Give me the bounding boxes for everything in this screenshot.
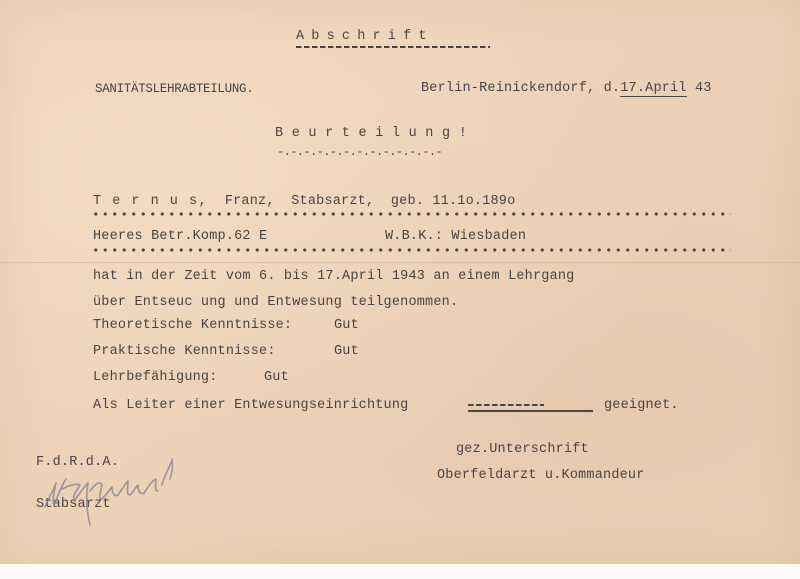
person-line: T e r n u s, Franz, Stabsarzt, geb. 11.1… [93, 194, 515, 210]
place-date: Berlin-Reinickendorf, d.17.April 43 [421, 81, 712, 97]
suitability-prefix: Als Leiter einer Entwesungseinrichtung [93, 398, 408, 414]
unit-name: Heeres Betr.Komp.62 E [93, 229, 267, 245]
sender-department: SANITÄTSLEHRABTEILUNG. [95, 81, 253, 97]
title-decoration: -.-.-.-.-.-.-.-.-.-.-.-.- [277, 144, 442, 160]
suitability-blank-dashes [468, 404, 544, 406]
rating-teaching-label: Lehrbefähigung: [93, 370, 218, 386]
wbk-value: Wiesbaden [451, 229, 526, 244]
rating-practical-label: Praktische Kenntnisse: [93, 344, 276, 360]
signatory-title: Oberfeldarzt u.Kommandeur [437, 468, 645, 484]
dotted-line-2 [91, 248, 731, 252]
place-date-prefix: Berlin-Reinickendorf, d. [421, 81, 620, 96]
rating-teaching-value: Gut [264, 370, 289, 386]
signature-note: gez.Unterschrift [456, 442, 589, 458]
heading-abschrift: Abschrift [296, 29, 434, 45]
body-line-2: über Entseuc ung und Entwesung teilgenom… [93, 295, 458, 311]
body-line-1: hat in der Zeit vom 6. bis 17.April 1943… [93, 269, 574, 285]
rating-practical-value: Gut [334, 344, 359, 360]
wbk-line: W.B.K.: Wiesbaden [385, 229, 526, 245]
handwritten-signature [40, 455, 190, 535]
dotted-line-1 [91, 212, 731, 216]
document-page: Abschrift SANITÄTSLEHRABTEILUNG. Berlin-… [0, 0, 800, 564]
rating-theoretical-label: Theoretische Kenntnisse: [93, 318, 292, 334]
person-surname: T e r n u s, [93, 194, 208, 209]
person-birthdate: geb. 11.1o.189o [391, 194, 516, 209]
suitability-blank-underline [468, 410, 593, 412]
person-rank: Stabsarzt, [291, 194, 374, 209]
date-underlined: 17.April [620, 81, 686, 97]
date-year: 43 [687, 81, 712, 96]
suitability-suffix: geeignet. [604, 398, 679, 414]
person-first-name: Franz, [225, 194, 275, 209]
paper-fold-line [0, 262, 800, 263]
rating-theoretical-value: Gut [334, 318, 359, 334]
wbk-label: W.B.K.: [385, 229, 443, 244]
document-title: Beurteilung! [275, 126, 475, 142]
heading-underline [296, 46, 490, 48]
